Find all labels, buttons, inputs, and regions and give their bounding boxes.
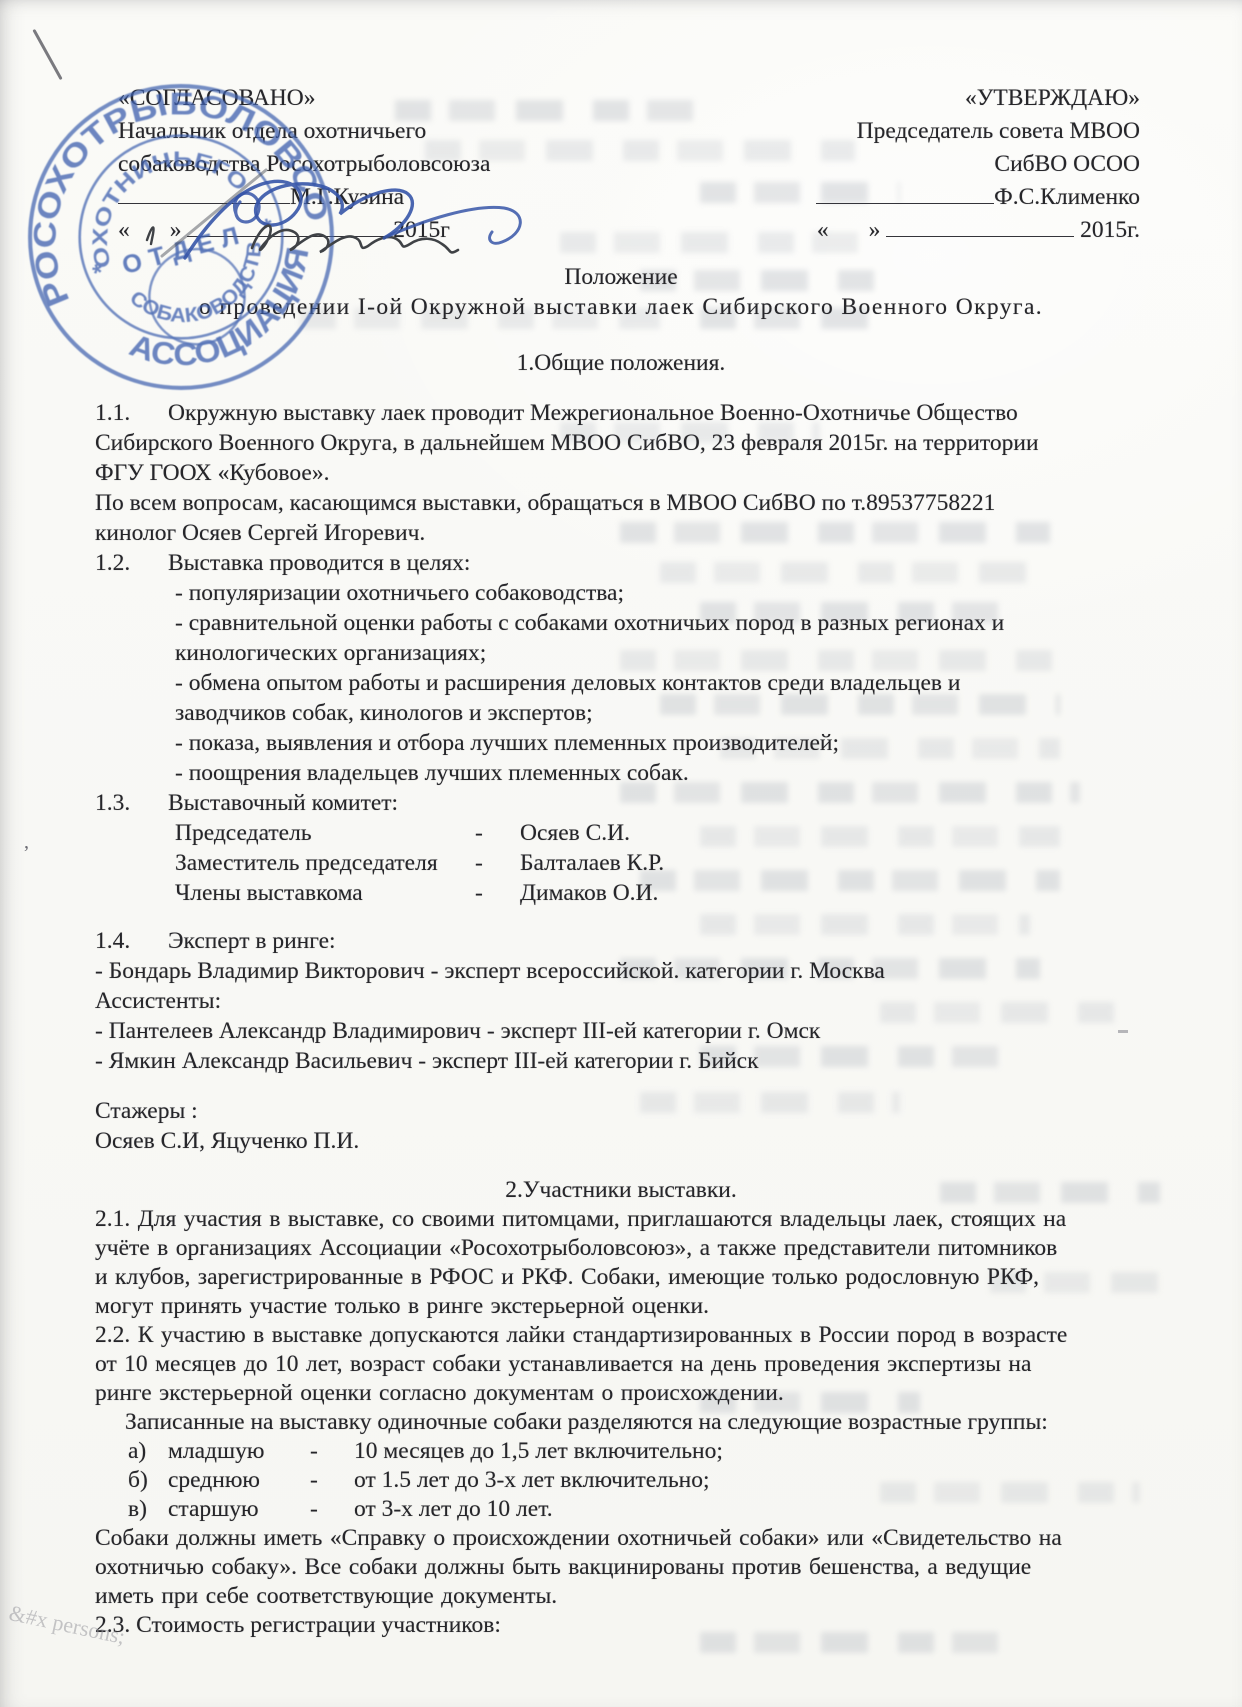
age-letter: в)	[128, 1495, 168, 1524]
signature-underline	[816, 187, 994, 204]
paragraph-2-2c: Собаки должны иметь «Справку о происхожд…	[95, 1524, 1147, 1611]
signature-tail-blue	[384, 207, 520, 243]
paragraph-number: 1.1.	[95, 398, 168, 428]
committee-role: Заместитель председателя	[175, 848, 475, 878]
signature-flourish-blue	[185, 181, 412, 258]
paragraph-text: Эксперт в ринге:	[168, 928, 336, 954]
goal-item: - поощрения владельцев лучших племенных …	[175, 758, 1147, 788]
goal-item: - популяризации охотничьего собаководств…	[175, 578, 1147, 608]
signature-line-right: Ф.С.Клименко	[816, 181, 1140, 214]
committee-dash: -	[475, 848, 520, 878]
age-name: старшую	[168, 1495, 310, 1524]
age-name: среднюю	[168, 1466, 310, 1495]
paragraph-1-4: 1.4.Эксперт в ринге:	[95, 926, 1147, 956]
paragraph-1-3: 1.3.Выставочный комитет:	[95, 788, 1147, 818]
age-range: от 3-х лет до 10 лет.	[354, 1495, 1147, 1524]
committee-row: Заместитель председателя-Балталаев К.Р.	[175, 848, 1147, 878]
paragraph-2-1: 2.1. Для участия в выставке, со своими п…	[95, 1205, 1147, 1321]
approval-block-right: «УТВЕРЖДАЮ» Председатель совета МВОО Сиб…	[816, 82, 1140, 247]
paragraph-1-1: 1.1.Окружную выставку лаек проводит Межр…	[95, 398, 1147, 488]
committee-name: Балталаев К.Р.	[520, 848, 1147, 878]
paragraph-number: 1.3.	[95, 788, 168, 818]
paragraph-2-2: 2.2. К участию в выставке допускаются ла…	[95, 1321, 1147, 1408]
handwritten-month-word	[252, 226, 458, 253]
committee-role: Члены выставкома	[175, 878, 475, 908]
paragraph-text: Окружную выставку лаек проводит Межрегио…	[95, 400, 1039, 486]
paragraph-number: 1.2.	[95, 548, 168, 578]
age-dash: -	[310, 1495, 354, 1524]
age-letter: а)	[128, 1437, 168, 1466]
goal-item: - обмена опытом работы и расширения дело…	[175, 668, 1147, 728]
trainees-names: Осяев С.И, Яцученко П.И.	[95, 1126, 1147, 1156]
age-group-row: а)младшую-10 месяцев до 1,5 лет включите…	[128, 1437, 1147, 1466]
date-line-right: «» 2015г.	[816, 214, 1140, 247]
ink-mark-artifact	[1118, 1030, 1128, 1033]
section2-heading: 2.Участники выставки.	[95, 1176, 1147, 1205]
assistants-label: Ассистенты:	[95, 986, 1147, 1016]
paragraph-number: 1.4.	[95, 926, 168, 956]
committee-dash: -	[475, 818, 520, 848]
assistant-line: - Пантелеев Александр Владимирович - экс…	[95, 1016, 1147, 1046]
ink-mark-artifact: ’	[23, 842, 30, 865]
committee-name: Димаков О.И.	[520, 878, 1147, 908]
committee-row: Члены выставкома-Димаков О.И.	[175, 878, 1147, 908]
age-dash: -	[310, 1466, 354, 1495]
expert-line: - Бондарь Владимир Викторович - эксперт …	[95, 956, 1147, 986]
committee-dash: -	[475, 878, 520, 908]
assistant-line: - Ямкин Александр Васильевич - эксперт I…	[95, 1046, 1147, 1076]
year-right: 2015г.	[1080, 217, 1140, 243]
age-groups-intro: Записанные на выставку одиночные собаки …	[95, 1408, 1147, 1437]
paragraph-1-2: 1.2.Выставка проводится в целях:	[95, 548, 1147, 578]
contact-paragraph: По всем вопросам, касающимся выставки, о…	[95, 488, 1147, 548]
approved-label: «УТВЕРЖДАЮ»	[816, 82, 1140, 115]
paragraph-text: Выставка проводится в целях:	[168, 550, 470, 576]
handwritten-day-digit	[147, 227, 154, 244]
section2: 2.Участники выставки. 2.1. Для участия в…	[95, 1176, 1147, 1640]
trainees-label: Стажеры :	[95, 1096, 1147, 1126]
age-range: 10 месяцев до 1,5 лет включительно;	[354, 1437, 1147, 1466]
handwritten-signature	[0, 0, 700, 330]
age-letter: б)	[128, 1466, 168, 1495]
date-underline	[886, 220, 1074, 237]
committee-role: Председатель	[175, 818, 475, 848]
goal-item: - показа, выявления и отбора лучших плем…	[175, 728, 1147, 758]
signature-slash-stroke	[162, 170, 266, 256]
age-range: от 1.5 лет до 3-х лет включительно;	[354, 1466, 1147, 1495]
committee-name: Осяев С.И.	[520, 818, 1147, 848]
goal-item: - сравнительной оценки работы с собаками…	[175, 608, 1147, 668]
document-body: Положение о проведении I-ой Окружной выс…	[95, 262, 1147, 1640]
quote-open: «	[817, 214, 829, 247]
age-group-row: б)среднюю-от 1.5 лет до 3-х лет включите…	[128, 1466, 1147, 1495]
age-dash: -	[310, 1437, 354, 1466]
paragraph-text: Выставочный комитет:	[168, 790, 398, 816]
age-group-row: в)старшую-от 3-х лет до 10 лет.	[128, 1495, 1147, 1524]
chairman-name: Ф.С.Клименко	[994, 184, 1140, 210]
paragraph-2-3: 2.3. Стоимость регистрации участников:	[95, 1611, 1147, 1640]
chairman-role-line2: СибВО ОСОО	[816, 148, 1140, 181]
chairman-role-line1: Председатель совета МВОО	[816, 115, 1140, 148]
age-name: младшую	[168, 1437, 310, 1466]
scanned-document-page: ’ &#x persons; «СОГЛАСОВАНО» Начальник о…	[0, 0, 1242, 1707]
committee-row: Председатель-Осяев С.И.	[175, 818, 1147, 848]
quote-close: »	[869, 214, 881, 247]
